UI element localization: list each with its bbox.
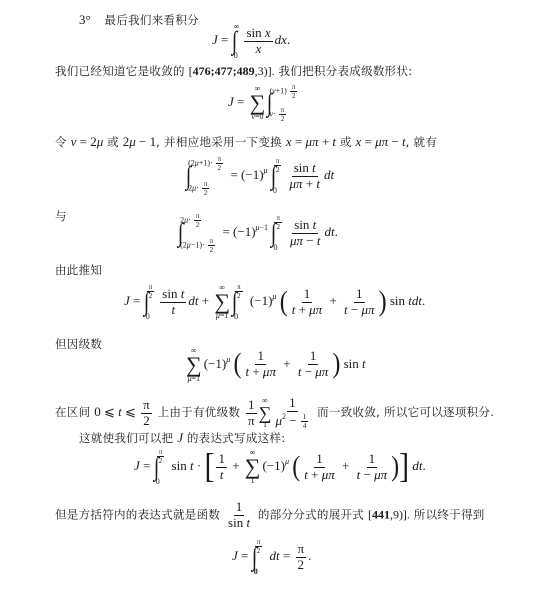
equation-1: J = ∫∞0sin xxdx.: [212, 22, 290, 60]
paragraph-interval: 在区间 0 ⩽ t ⩽ π2 上由于有优级数 1π∞∑11μ2 − 14 而一致…: [55, 396, 494, 431]
paragraph-but-series: 但因级数: [55, 336, 102, 352]
section-heading: 3° 最后我们来看积分: [79, 12, 199, 28]
paragraph-convergence: 我们已经知道它是收敛的 [476;477;489,3)]. 我们把积分表成级数形…: [55, 63, 412, 79]
section-number: 3°: [79, 12, 91, 27]
equation-5: J = ∫π20sin ttdt + ∞∑μ=1∫π20 (−1)μ (1t +…: [124, 283, 425, 321]
equation-3: ∫(2μ+1)· π22μ· π2 = (−1)μ ∫π20sin tμπ + …: [186, 155, 334, 197]
equation-6: ∞∑μ=1(−1)μ (1t + μπ + 1t − μπ) sin t: [184, 347, 366, 383]
section-title: 最后我们来看积分: [105, 13, 199, 27]
equation-8: J = ∫π20 dt = π2.: [232, 538, 311, 576]
paragraph-partial-fractions: 但是方括符内的表达式就是函数 1sin t 的部分分式的展开式 [441,9)]…: [55, 500, 485, 531]
paragraph-hence: 由此推知: [55, 262, 102, 278]
equation-4: ∫2μ· π2(2μ−1)· π2 = (−1)μ−1 ∫π20sin tμπ …: [178, 212, 338, 254]
equation-2: J = ∞∑ν=0∫(ν+1) π2ν· π2: [228, 83, 301, 123]
paragraph-substitution: 令 ν = 2μ 或 2μ − 1, 并相应地采用一下变换 x = μπ + t…: [55, 134, 437, 150]
equation-7: J = ∫π20 sin t · [1t + ∞∑1(−1)μ (1t + μπ…: [134, 448, 426, 486]
paragraph-and: 与: [55, 208, 67, 224]
paragraph-rewrite: 这就使我们可以把 J 的表达式写成这样:: [79, 430, 285, 446]
